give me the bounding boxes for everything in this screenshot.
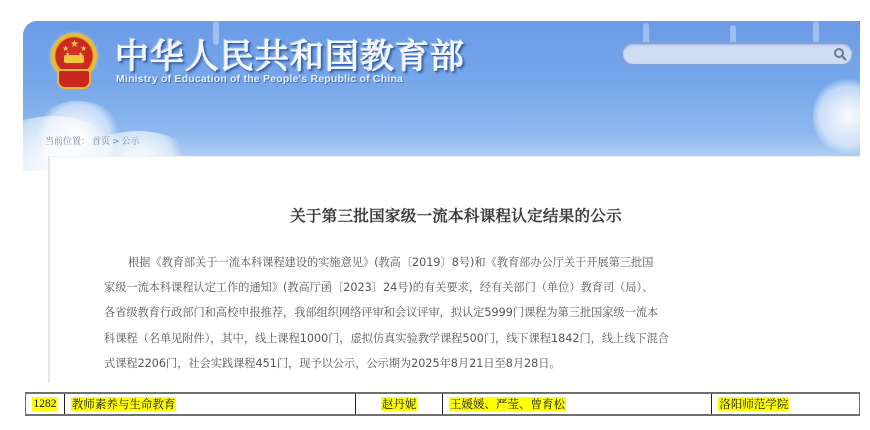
course-leader: 赵丹妮 [381,397,418,411]
breadcrumb-item-home[interactable]: 首页 [92,137,110,147]
breadcrumb-prefix: 当前位置： [45,137,90,147]
cell-id: 1282 [26,394,65,414]
team-members: 王媛媛、严莹、曾育松 [449,397,566,411]
school-name: 洛阳师范学院 [718,397,789,411]
article-line: 式课程2206门，社会实践课程451门，现予以公示，公示期为2025年8月21日… [104,351,804,376]
cell-leader: 赵丹妮 [356,394,443,414]
breadcrumb: 当前位置：首页>公示 [45,134,142,147]
search-input[interactable] [621,42,854,66]
article-line: 根据《教育部关于一流本科课程建设的实施意见》(教高〔2019〕8号)和《教育部办… [104,250,804,275]
article-line: 家级一流本科课程认定工作的通知》(教高厅函〔2023〕24号)的有关要求，经有关… [104,275,804,300]
article-panel: 关于第三批国家级一流本科课程认定结果的公示 根据《教育部关于一流本科课程建设的实… [48,156,860,383]
breadcrumb-separator: > [112,137,120,147]
cloud-decoration [813,76,860,156]
cell-members: 王媛媛、严莹、曾育松 [443,394,712,414]
national-emblem-icon[interactable]: ★ ★ ★ ★ ★ [51,33,97,91]
course-id: 1282 [32,397,57,411]
article-body: 根据《教育部关于一流本科课程建设的实施意见》(教高〔2019〕8号)和《教育部办… [104,250,804,376]
article-line: 各省级教育行政部门和高校申报推荐，我部组织网络评审和会议评审，拟认定5999门课… [104,300,804,325]
site-header-banner: ★ ★ ★ ★ ★ 中华人民共和国教育部 Ministry of Educati… [23,21,860,171]
site-subtitle: Ministry of Education of the People's Re… [116,73,403,85]
cell-course: 教师素养与生命教育 [65,394,356,414]
site-title[interactable]: 中华人民共和国教育部 [115,29,465,78]
article-line: 科课程（名单见附件），其中，线上课程1000门，虚拟仿真实验教学课程500门，线… [104,326,804,351]
table-row: 1282 教师素养与生命教育 赵丹妮 王媛媛、严莹、曾育松 洛阳师范学院 [25,392,860,416]
breadcrumb-item-notice[interactable]: 公示 [122,137,140,147]
course-name: 教师素养与生命教育 [71,397,177,411]
article-title: 关于第三批国家级一流本科课程认定结果的公示 [50,204,860,226]
webpage: ★ ★ ★ ★ ★ 中华人民共和国教育部 Ministry of Educati… [23,21,860,383]
cell-school: 洛阳师范学院 [712,394,859,414]
search-icon[interactable] [833,47,847,61]
